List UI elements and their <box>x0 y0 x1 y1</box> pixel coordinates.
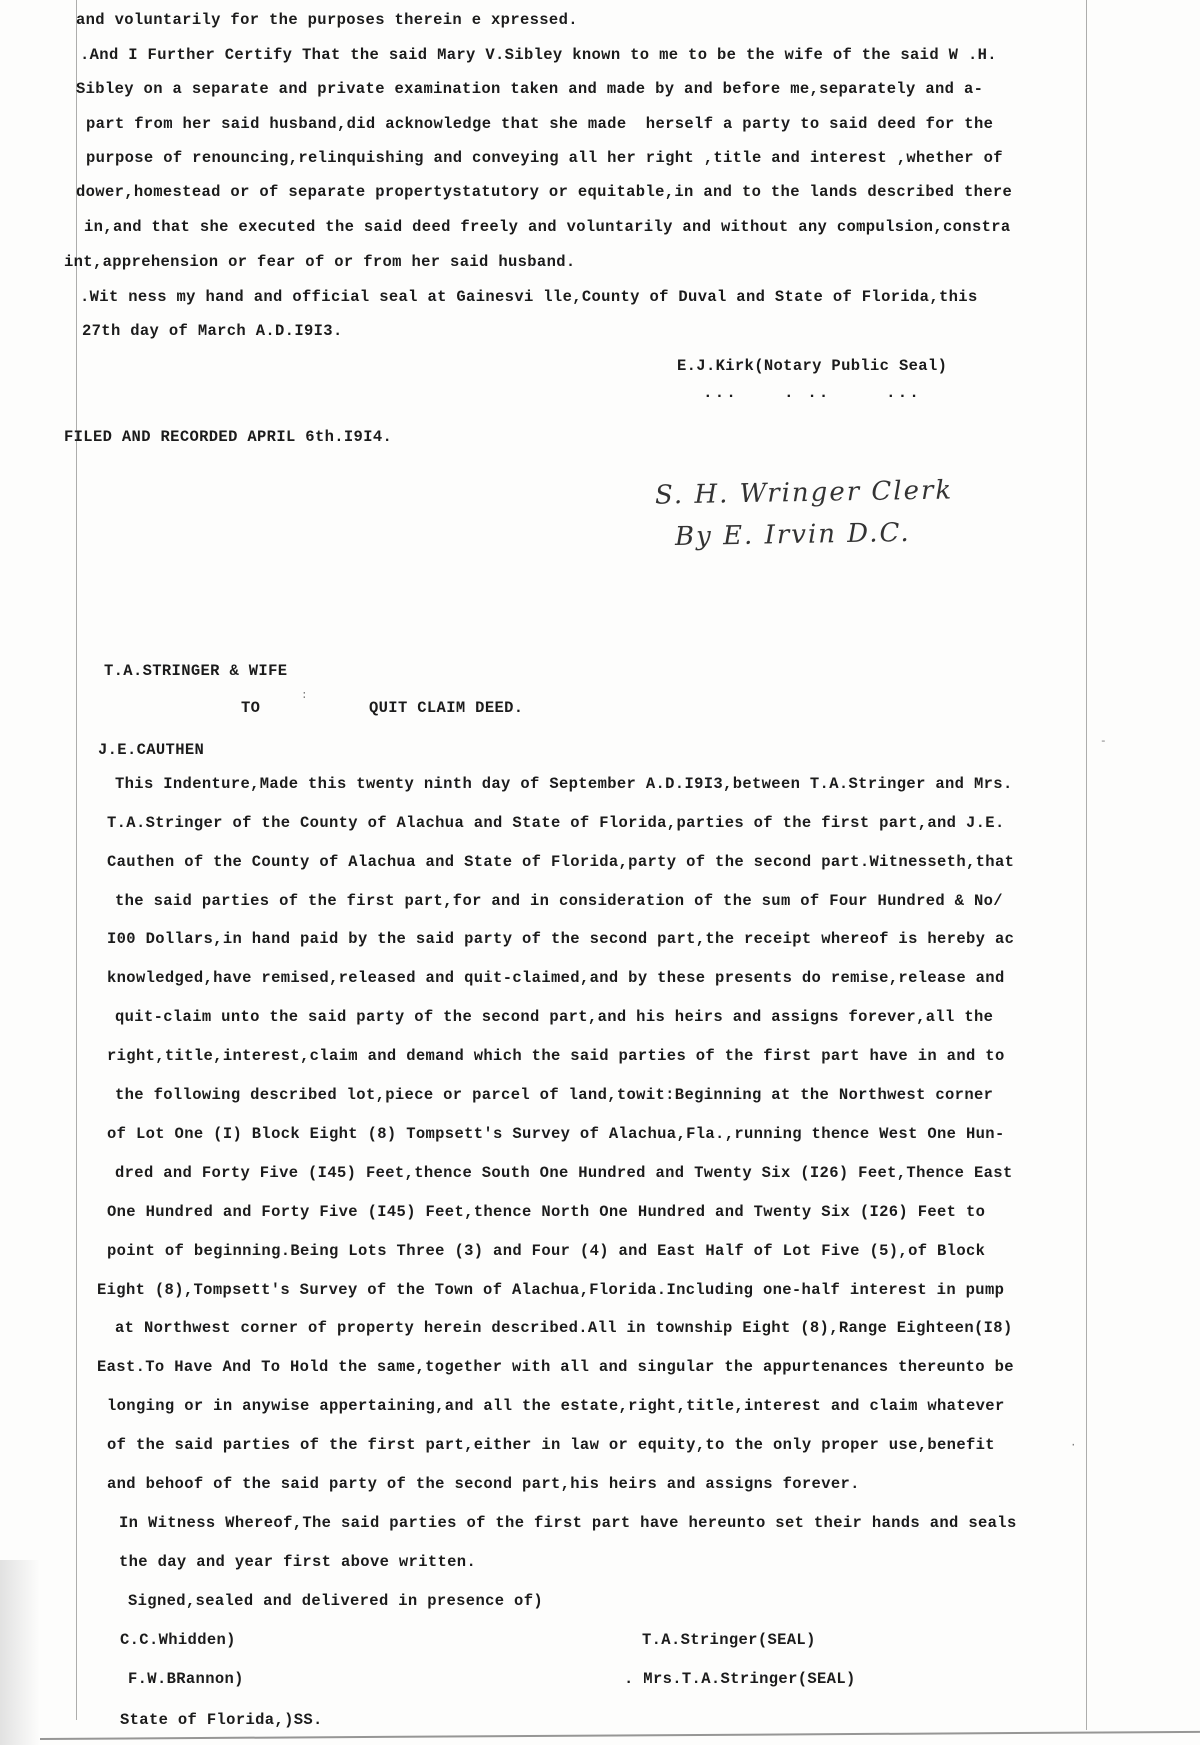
deed-line: longing or in anywise appertaining,and a… <box>107 1396 1005 1416</box>
deed-line: In Witness Whereof,The said parties of t… <box>119 1513 1017 1533</box>
certificate-line: Sibley on a separate and private examina… <box>76 79 983 99</box>
deputy-clerk-signature-handwritten: By E. Irvin D.C. <box>675 518 911 552</box>
certificate-line: in,and that she executed the said deed f… <box>84 217 1011 237</box>
witness-1: C.C.Whidden) <box>120 1630 236 1650</box>
deed-line: point of beginning.Being Lots Three (3) … <box>107 1241 985 1261</box>
certificate-line: purpose of renouncing,relinquishing and … <box>86 148 1003 168</box>
deed-line: One Hundred and Forty Five (I45) Feet,th… <box>107 1202 985 1222</box>
scan-speck: - <box>1100 736 1107 748</box>
deed-line: Eight (8),Tompsett's Survey of the Town … <box>97 1280 1004 1300</box>
scanned-deed-page: and voluntarily for the purposes therein… <box>0 0 1200 1745</box>
deed-to-label: TO <box>241 698 260 718</box>
notary-signature: E.J.Kirk(Notary Public Seal) <box>677 356 947 376</box>
certificate-line: and voluntarily for the purposes therein… <box>76 10 578 30</box>
certificate-line: 27th day of March A.D.I9I3. <box>82 321 343 341</box>
state-venue-line: State of Florida,)SS. <box>120 1710 323 1730</box>
clerk-signature-handwritten: S. H. Wringer Clerk <box>655 475 954 510</box>
deed-line: at Northwest corner of property herein d… <box>115 1318 1013 1338</box>
signer-1: T.A.Stringer(SEAL) <box>642 1630 816 1650</box>
deed-line: T.A.Stringer of the County of Alachua an… <box>107 813 1005 833</box>
scan-speck: · <box>1070 1440 1077 1452</box>
deed-line: the day and year first above written. <box>119 1552 476 1572</box>
signed-sealed-delivered: Signed,sealed and delivered in presence … <box>128 1591 543 1611</box>
deed-line: quit-claim unto the said party of the se… <box>115 1007 993 1027</box>
filed-and-recorded: FILED AND RECORDED APRIL 6th.I9I4. <box>64 427 392 447</box>
deed-line: of the said parties of the first part,ei… <box>107 1435 995 1455</box>
certificate-line: .Wit ness my hand and official seal at G… <box>80 287 978 307</box>
deed-line: I00 Dollars,in hand paid by the said par… <box>107 929 1014 949</box>
ellipsis-mark: ... <box>886 384 921 402</box>
page-curl-shadow <box>0 1560 40 1745</box>
bottom-page-edge <box>40 1731 1200 1740</box>
certificate-line: .And I Further Certify That the said Mar… <box>80 45 997 65</box>
deed-line: and behoof of the said party of the seco… <box>107 1474 860 1494</box>
deed-line: East.To Have And To Hold the same,togeth… <box>97 1357 1014 1377</box>
deed-line: the following described lot,piece or par… <box>115 1085 993 1105</box>
deed-line: right,title,interest,claim and demand wh… <box>107 1046 1005 1066</box>
deed-line: This Indenture,Made this twenty ninth da… <box>115 774 1013 794</box>
deed-line: Cauthen of the County of Alachua and Sta… <box>107 852 1014 872</box>
certificate-line: int,apprehension or fear of or from her … <box>64 252 576 272</box>
ellipsis-mark: . .. <box>784 384 830 402</box>
deed-type-title: QUIT CLAIM DEED. <box>369 698 523 718</box>
scan-speck: : <box>301 690 308 702</box>
certificate-line: dower,homestead or of separate propertys… <box>76 182 1012 202</box>
right-margin-rule <box>1086 0 1087 1730</box>
signer-2: . Mrs.T.A.Stringer(SEAL) <box>624 1669 856 1689</box>
deed-line: of Lot One (I) Block Eight (8) Tompsett'… <box>107 1124 1005 1144</box>
grantee-name: J.E.CAUTHEN <box>98 740 204 760</box>
certificate-line: part from her said husband,did acknowled… <box>86 114 993 134</box>
deed-line: dred and Forty Five (I45) Feet,thence So… <box>115 1163 1013 1183</box>
deed-line: the said parties of the first part,for a… <box>115 891 1003 911</box>
witness-2: F.W.BRannon) <box>128 1669 244 1689</box>
ellipsis-mark: ... <box>703 384 738 402</box>
grantor-name: T.A.STRINGER & WIFE <box>104 661 287 681</box>
deed-line: knowledged,have remised,released and qui… <box>107 968 1005 988</box>
